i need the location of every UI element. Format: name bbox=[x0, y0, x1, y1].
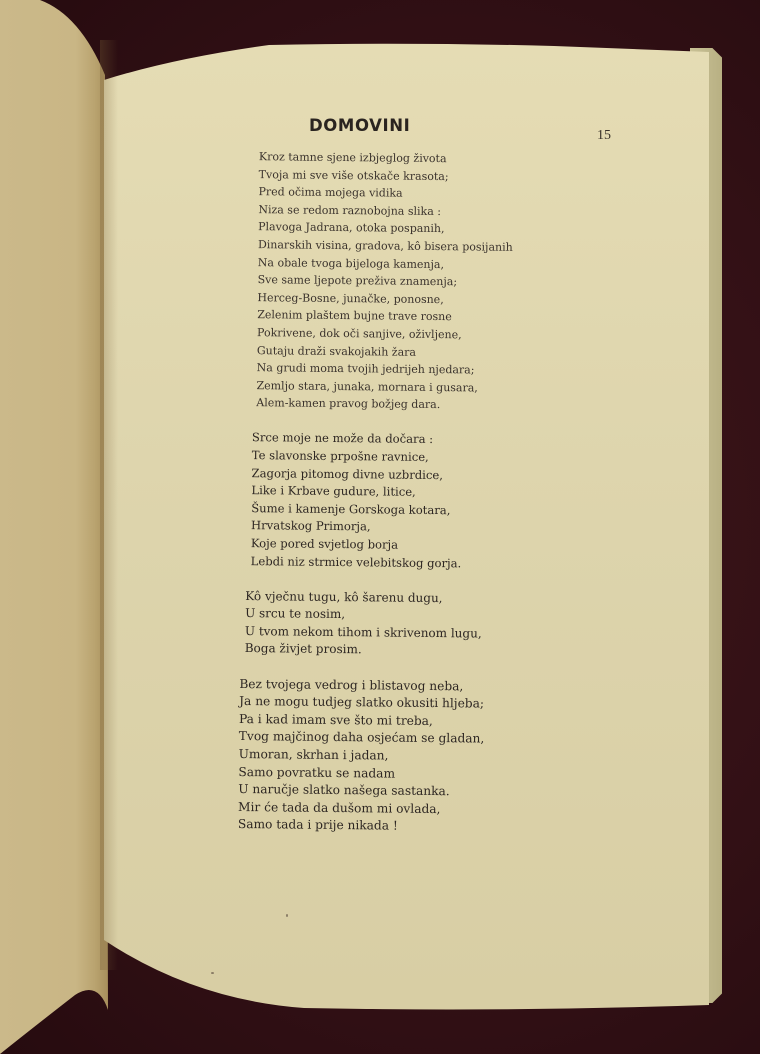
stanza-2: Srce moje ne može da dočara : Te slavons… bbox=[239, 429, 570, 573]
gutter-shadow bbox=[100, 40, 118, 970]
stanza-4: Bez tvojega vedrog i blistavog neba, Ja … bbox=[236, 676, 568, 838]
page-number: 15 bbox=[597, 128, 611, 144]
poem-line: Alem-kamen pravog božjeg dara. bbox=[256, 394, 570, 415]
poem-title: DOMOVINI bbox=[309, 116, 410, 135]
left-page bbox=[0, 0, 108, 1054]
paper-speck bbox=[211, 972, 214, 974]
paper-speck bbox=[286, 914, 288, 917]
poem-line: Boga živjet prosim. bbox=[245, 640, 568, 661]
stanza-3: Kô vječnu tugu, kô šarenu dugu, U srcu t… bbox=[238, 588, 569, 662]
poem-line: Samo tada i prije nikada ! bbox=[238, 816, 566, 837]
stanza-1: Kroz tamne sjene izbjeglog života Tvoja … bbox=[240, 148, 573, 415]
poem-body: Kroz tamne sjene izbjeglog života Tvoja … bbox=[236, 148, 573, 855]
poem-line: Lebdi niz strmice velebitskog gorja. bbox=[251, 553, 569, 574]
